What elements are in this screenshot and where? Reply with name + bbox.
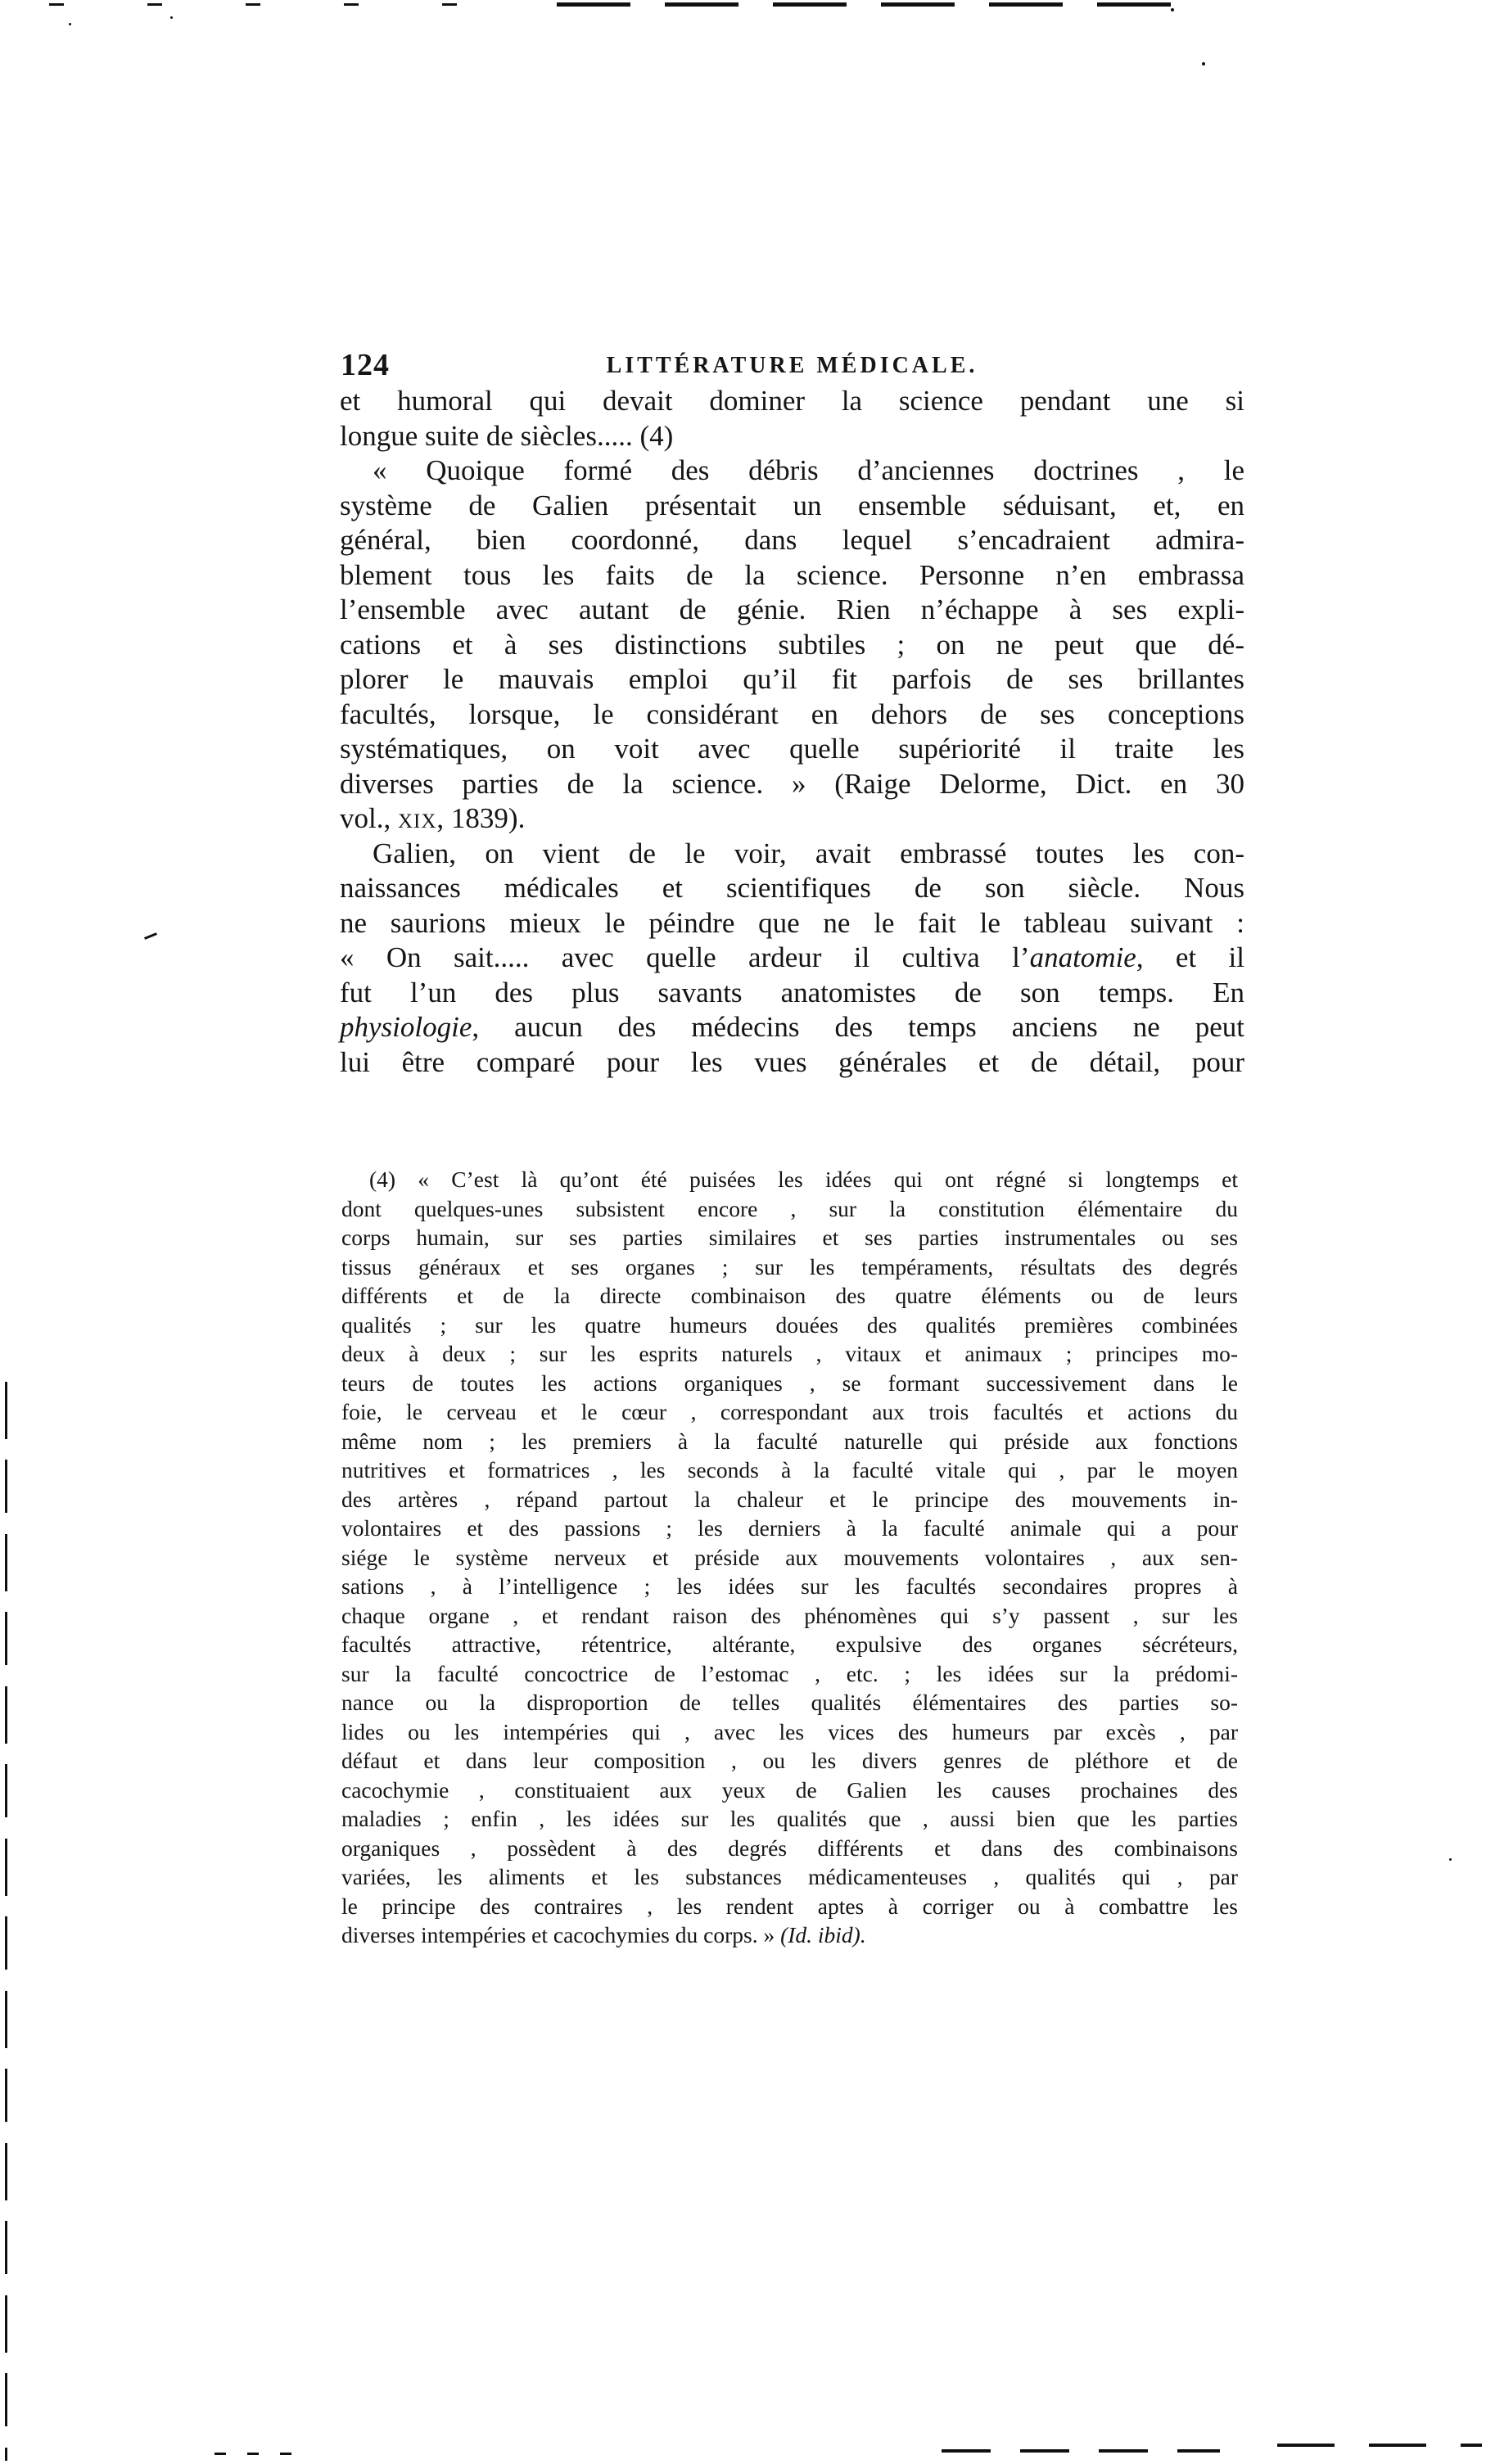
text-line: des artères , répand partout la chaleur …	[341, 1485, 1238, 1514]
text-line: physiologie, aucun des médecins des temp…	[340, 1010, 1244, 1045]
text-segment: des artères , répand partout la chaleur …	[341, 1487, 1238, 1512]
text-segment: plorer le mauvais emploi qu’il fit parfo…	[340, 663, 1244, 695]
scan-artifact-top-edge	[557, 2, 1195, 7]
text-segment: corps humain, sur ses parties similaires…	[341, 1225, 1238, 1250]
text-segment: deux à deux ; sur les esprits naturels ,…	[341, 1341, 1238, 1366]
text-line: général, bien coordonné, dans lequel s’e…	[340, 523, 1244, 558]
text-line: nutritives et formatrices , les seconds …	[341, 1455, 1238, 1485]
text-segment: qualités ; sur les quatre humeurs douées…	[341, 1312, 1238, 1338]
text-segment: physiologie	[340, 1011, 472, 1043]
text-segment: volontaires et des passions ; les dernie…	[341, 1515, 1238, 1541]
text-segment: siége le système nerveux et préside aux …	[341, 1545, 1238, 1570]
text-segment: longue suite de siècles..... (4)	[340, 420, 673, 452]
text-segment: anatomie	[1030, 941, 1136, 973]
text-line: maladies ; enfin , les idées sur les qua…	[341, 1804, 1238, 1834]
text-segment: système de Galien présentait un ensemble…	[340, 490, 1244, 521]
text-segment: diverses parties de la science. » (Raige…	[340, 768, 1244, 800]
text-segment: nutritives et formatrices , les seconds …	[341, 1457, 1238, 1482]
text-line: sations , à l’intelligence ; les idées s…	[341, 1572, 1238, 1601]
scan-speck	[1202, 62, 1205, 65]
text-segment: facultés, lorsque, le considérant en deh…	[340, 698, 1244, 730]
text-line: Galien, on vient de le voir, avait embra…	[340, 837, 1244, 872]
text-line: même nom ; les premiers à la faculté nat…	[341, 1427, 1238, 1456]
text-line: variées, les aliments et les substances …	[341, 1862, 1238, 1892]
text-line: ne saurions mieux le péindre que ne le f…	[340, 906, 1244, 941]
text-segment: lui être comparé pour les vues générales…	[340, 1046, 1244, 1078]
text-segment: chaque organe , et rendant raison des ph…	[341, 1603, 1238, 1628]
text-line: « On sait..... avec quelle ardeur il cul…	[340, 941, 1244, 976]
scanned-page: 124 LITTÉRATURE MÉDICALE. et humoral qui…	[0, 0, 1486, 2464]
running-title: LITTÉRATURE MÉDICALE.	[340, 353, 1244, 379]
text-segment: systématiques, on voit avec quelle supér…	[340, 733, 1244, 765]
text-line: cations et à ses distinctions subtiles ;…	[340, 628, 1244, 663]
text-segment: facultés attractive, rétentrice, altéran…	[341, 1631, 1238, 1657]
text-segment: tissus généraux et ses organes ; sur les…	[341, 1254, 1238, 1279]
scan-artifact-bottom-edge	[215, 2453, 305, 2455]
text-line: longue suite de siècles..... (4)	[340, 419, 1244, 454]
text-segment: , et il	[1136, 941, 1244, 973]
text-segment: cations et à ses distinctions subtiles ;…	[340, 629, 1244, 661]
text-line: « Quoique formé des débris d’anciennes d…	[340, 454, 1244, 489]
text-segment: Galien, on vient de le voir, avait embra…	[373, 837, 1244, 869]
text-segment: foie, le cerveau et le cœur , correspond…	[341, 1399, 1238, 1424]
text-segment: « Quoique formé des débris d’anciennes d…	[373, 454, 1244, 486]
text-segment: le principe des contraires , les rendent…	[341, 1893, 1238, 1919]
text-line: et humoral qui devait dominer la science…	[340, 384, 1244, 419]
text-line: lui être comparé pour les vues générales…	[340, 1045, 1244, 1081]
text-line: siége le système nerveux et préside aux …	[341, 1543, 1238, 1573]
text-segment: sations , à l’intelligence ; les idées s…	[341, 1573, 1238, 1599]
text-line: qualités ; sur les quatre humeurs douées…	[341, 1311, 1238, 1340]
scan-artifact-bottom-edge	[1277, 2444, 1482, 2447]
text-line: plorer le mauvais emploi qu’il fit parfo…	[340, 662, 1244, 697]
text-line: fut l’un des plus savants anatomistes de…	[340, 976, 1244, 1011]
text-segment: , aucun des médecins des temps anciens n…	[472, 1011, 1244, 1043]
text-line: système de Galien présentait un ensemble…	[340, 489, 1244, 524]
scan-margin-tick	[144, 932, 157, 940]
text-line: tissus généraux et ses organes ; sur les…	[341, 1252, 1238, 1282]
text-segment: , 1839).	[436, 802, 525, 834]
text-line: défaut et dans leur composition , ou les…	[341, 1746, 1238, 1776]
scan-artifact-left-gutter	[5, 1382, 7, 2461]
text-segment: lides ou les intempéries qui , avec les …	[341, 1719, 1238, 1744]
footnote-text: (4) « C’est là qu’ont été puisées les id…	[341, 1165, 1238, 1950]
text-segment: (4) « C’est là qu’ont été puisées les id…	[369, 1167, 1238, 1192]
text-line: sur la faculté concoctrice de l’estomac …	[341, 1659, 1238, 1689]
text-line: différents et de la directe combinaison …	[341, 1281, 1238, 1311]
text-line: facultés, lorsque, le considérant en deh…	[340, 697, 1244, 733]
text-segment: sur la faculté concoctrice de l’estomac …	[341, 1661, 1238, 1686]
text-segment: ne saurions mieux le péindre que ne le f…	[340, 907, 1244, 939]
text-segment: défaut et dans leur composition , ou les…	[341, 1748, 1238, 1773]
text-segment: organiques , possèdent à des degrés diff…	[341, 1835, 1238, 1861]
text-segment: vol.,	[340, 802, 398, 834]
text-line: deux à deux ; sur les esprits naturels ,…	[341, 1339, 1238, 1369]
text-segment: dont quelques-unes subsistent encore , s…	[341, 1196, 1238, 1221]
text-segment: et humoral qui devait dominer la science…	[340, 385, 1244, 417]
text-segment: fut l’un des plus savants anatomistes de…	[340, 977, 1244, 1009]
text-line: l’ensemble avec autant de génie. Rien n’…	[340, 593, 1244, 628]
scan-artifact-top-edge	[49, 3, 508, 6]
text-line: facultés attractive, rétentrice, altéran…	[341, 1630, 1238, 1659]
text-line: organiques , possèdent à des degrés diff…	[341, 1834, 1238, 1863]
text-line: systématiques, on voit avec quelle supér…	[340, 732, 1244, 767]
scan-speck	[1171, 8, 1174, 11]
text-line: le principe des contraires , les rendent…	[341, 1892, 1238, 1921]
text-segment: cacochymie , constituaient aux yeux de G…	[341, 1777, 1238, 1803]
text-line: vol., xix, 1839).	[340, 801, 1244, 837]
scan-speck	[69, 23, 71, 25]
text-line: diverses parties de la science. » (Raige…	[340, 767, 1244, 802]
text-line: (4) « C’est là qu’ont été puisées les id…	[341, 1165, 1238, 1194]
text-line: diverses intempéries et cacochymies du c…	[341, 1920, 1238, 1950]
text-segment: maladies ; enfin , les idées sur les qua…	[341, 1806, 1238, 1831]
text-line: blement tous les faits de la science. Pe…	[340, 558, 1244, 593]
scan-speck	[170, 16, 173, 19]
scan-artifact-bottom-edge	[942, 2449, 1220, 2453]
body-text: et humoral qui devait dominer la science…	[340, 384, 1244, 1080]
text-segment: (Id. ibid).	[780, 1922, 866, 1947]
text-line: chaque organe , et rendant raison des ph…	[341, 1601, 1238, 1631]
text-line: naissances médicales et scientifiques de…	[340, 871, 1244, 906]
text-line: corps humain, sur ses parties similaires…	[341, 1223, 1238, 1252]
text-segment: blement tous les faits de la science. Pe…	[340, 559, 1244, 591]
text-line: volontaires et des passions ; les dernie…	[341, 1514, 1238, 1543]
text-segment: xix	[398, 802, 436, 834]
text-line: cacochymie , constituaient aux yeux de G…	[341, 1776, 1238, 1805]
text-segment: différents et de la directe combinaison …	[341, 1283, 1238, 1308]
text-segment: même nom ; les premiers à la faculté nat…	[341, 1428, 1238, 1454]
text-line: nance ou la disproportion de telles qual…	[341, 1688, 1238, 1717]
text-segment: l’ensemble avec autant de génie. Rien n’…	[340, 593, 1244, 625]
text-line: lides ou les intempéries qui , avec les …	[341, 1717, 1238, 1747]
scan-speck	[1449, 1858, 1452, 1861]
text-segment: variées, les aliments et les substances …	[341, 1864, 1238, 1889]
text-segment: « On sait..... avec quelle ardeur il cul…	[340, 941, 1030, 973]
text-segment: diverses intempéries et cacochymies du c…	[341, 1922, 780, 1947]
text-segment: naissances médicales et scientifiques de…	[340, 872, 1244, 904]
text-segment: nance ou la disproportion de telles qual…	[341, 1690, 1238, 1715]
text-line: foie, le cerveau et le cœur , correspond…	[341, 1397, 1238, 1427]
text-line: teurs de toutes les actions organiques ,…	[341, 1369, 1238, 1398]
text-segment: général, bien coordonné, dans lequel s’e…	[340, 524, 1244, 556]
text-segment: teurs de toutes les actions organiques ,…	[341, 1370, 1238, 1396]
text-line: dont quelques-unes subsistent encore , s…	[341, 1194, 1238, 1224]
